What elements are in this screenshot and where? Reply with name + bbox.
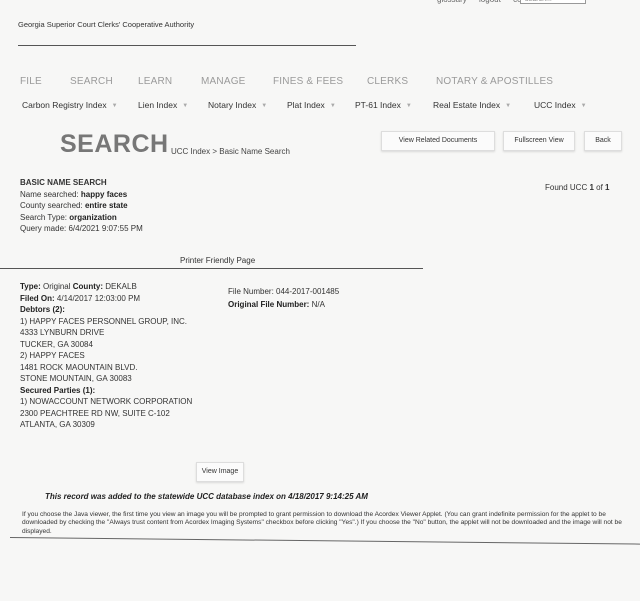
logout-link[interactable]: logout (479, 0, 501, 4)
org-name[interactable]: Georgia Superior Court Clerks' Cooperati… (18, 20, 194, 29)
caret-down-icon: ▼ (330, 103, 336, 109)
subnav-label: Carbon Registry Index (22, 100, 107, 110)
query-made-value: 6/4/2021 9:07:55 PM (68, 224, 142, 233)
subnav-lien[interactable]: Lien Index▼ (138, 100, 188, 110)
view-image-button[interactable]: View Image (196, 462, 244, 482)
filed-on-value: 4/14/2017 12:03:00 PM (57, 294, 140, 303)
printer-friendly-link[interactable]: Printer Friendly Page (180, 256, 255, 265)
label: Type: (20, 282, 43, 291)
secured-party-1: 1) NOWACCOUNT NETWORK CORPORATION 2300 P… (20, 396, 192, 431)
original-file-number-row: Original File Number: N/A (228, 298, 339, 311)
subnav-label: Real Estate Index (433, 100, 500, 110)
header-divider (18, 45, 356, 46)
secured-parties-heading: Secured Parties (1): (20, 385, 192, 397)
nav-file[interactable]: FILE (20, 76, 42, 87)
file-number-value: 044-2017-001485 (276, 287, 339, 296)
debtors-heading: Debtors (2): (20, 304, 192, 316)
debtor-city: TUCKER, GA 30084 (20, 339, 192, 351)
subnav-plat[interactable]: Plat Index▼ (287, 100, 336, 110)
county-searched-value: entire state (85, 201, 128, 210)
caret-down-icon: ▼ (112, 103, 118, 109)
label: Name searched: (20, 190, 81, 199)
subnav-label: Plat Index (287, 100, 325, 110)
search-type-value: organization (69, 213, 117, 222)
label: County searched: (20, 201, 85, 210)
query-made-row: Query made: 6/4/2021 9:07:55 PM (20, 223, 143, 235)
site-search-input[interactable]: search... (520, 0, 586, 4)
label: File Number: (228, 287, 276, 296)
subnav-label: Lien Index (138, 100, 177, 110)
file-info: File Number: 044-2017-001485 Original Fi… (228, 285, 339, 311)
name-searched-row: Name searched: happy faces (20, 189, 143, 201)
caret-down-icon: ▼ (261, 103, 267, 109)
secured-party-city: ATLANTA, GA 30309 (20, 419, 192, 431)
record-added-note: This record was added to the statewide U… (45, 492, 368, 501)
filed-on-row: Filed On: 4/14/2017 12:03:00 PM (20, 293, 192, 305)
label: of (594, 183, 605, 192)
caret-down-icon: ▼ (505, 103, 511, 109)
nav-search[interactable]: SEARCH (70, 76, 113, 87)
debtor-name: 1) HAPPY FACES PERSONNEL GROUP, INC. (20, 316, 192, 328)
debtor-address: 4333 LYNBURN DRIVE (20, 327, 192, 339)
subnav-label: UCC Index (534, 100, 576, 110)
footer-divider (10, 537, 640, 545)
fullscreen-view-button[interactable]: Fullscreen View (503, 131, 575, 151)
original-file-number-value: N/A (312, 300, 325, 309)
nav-notary-apostilles[interactable]: NOTARY & APOSTILLES (436, 76, 553, 87)
total-results: 1 (605, 183, 609, 192)
breadcrumb: UCC Index > Basic Name Search (171, 147, 290, 156)
page-title: SEARCH (60, 130, 169, 159)
caret-down-icon: ▼ (182, 103, 188, 109)
label: County: (71, 282, 106, 291)
label: Debtors (2): (20, 305, 65, 314)
view-related-documents-button[interactable]: View Related Documents (381, 131, 495, 151)
back-button[interactable]: Back (584, 131, 622, 151)
search-summary: BASIC NAME SEARCH Name searched: happy f… (20, 177, 143, 235)
section-divider (0, 268, 423, 269)
debtor-1: 1) HAPPY FACES PERSONNEL GROUP, INC. 433… (20, 316, 192, 351)
java-viewer-note: If you choose the Java viewer, the first… (22, 511, 622, 536)
type-value: Original (43, 282, 71, 291)
county-value: DEKALB (105, 282, 137, 291)
nav-fines-fees[interactable]: FINES & FEES (273, 76, 343, 87)
nav-manage[interactable]: MANAGE (201, 76, 246, 87)
ucc-record: Type: Original County: DEKALB Filed On: … (20, 281, 192, 431)
subnav-pt61[interactable]: PT-61 Index▼ (355, 100, 412, 110)
nav-clerks[interactable]: CLERKS (367, 76, 408, 87)
caret-down-icon: ▼ (581, 103, 587, 109)
subnav-real-estate[interactable]: Real Estate Index▼ (433, 100, 511, 110)
label: Secured Parties (1): (20, 386, 95, 395)
search-type-row: Search Type: organization (20, 212, 143, 224)
caret-down-icon: ▼ (406, 103, 412, 109)
debtor-2: 2) HAPPY FACES 1481 ROCK MAOUNTAIN BLVD.… (20, 350, 192, 385)
debtor-address: 1481 ROCK MAOUNTAIN BLVD. (20, 362, 192, 374)
type-county-row: Type: Original County: DEKALB (20, 281, 192, 293)
label: Found UCC (545, 183, 589, 192)
county-searched-row: County searched: entire state (20, 200, 143, 212)
secured-party-address: 2300 PEACHTREE RD NW, SUITE C-102 (20, 408, 192, 420)
search-summary-heading: BASIC NAME SEARCH (20, 177, 143, 189)
result-count: Found UCC 1 of 1 (545, 183, 610, 192)
nav-learn[interactable]: LEARN (138, 76, 172, 87)
label: Query made: (20, 224, 68, 233)
file-number-row: File Number: 044-2017-001485 (228, 285, 339, 298)
subnav-carbon-registry[interactable]: Carbon Registry Index▼ (22, 100, 118, 110)
glossary-link[interactable]: glossary (437, 0, 467, 4)
label: Original File Number: (228, 300, 312, 309)
subnav-label: Notary Index (208, 100, 256, 110)
debtor-name: 2) HAPPY FACES (20, 350, 192, 362)
name-searched-value: happy faces (81, 190, 127, 199)
subnav-label: PT-61 Index (355, 100, 401, 110)
debtor-city: STONE MOUNTAIN, GA 30083 (20, 373, 192, 385)
label: Search Type: (20, 213, 69, 222)
subnav-notary[interactable]: Notary Index▼ (208, 100, 267, 110)
subnav-ucc[interactable]: UCC Index▼ (534, 100, 587, 110)
secured-party-name: 1) NOWACCOUNT NETWORK CORPORATION (20, 396, 192, 408)
label: Filed On: (20, 294, 57, 303)
